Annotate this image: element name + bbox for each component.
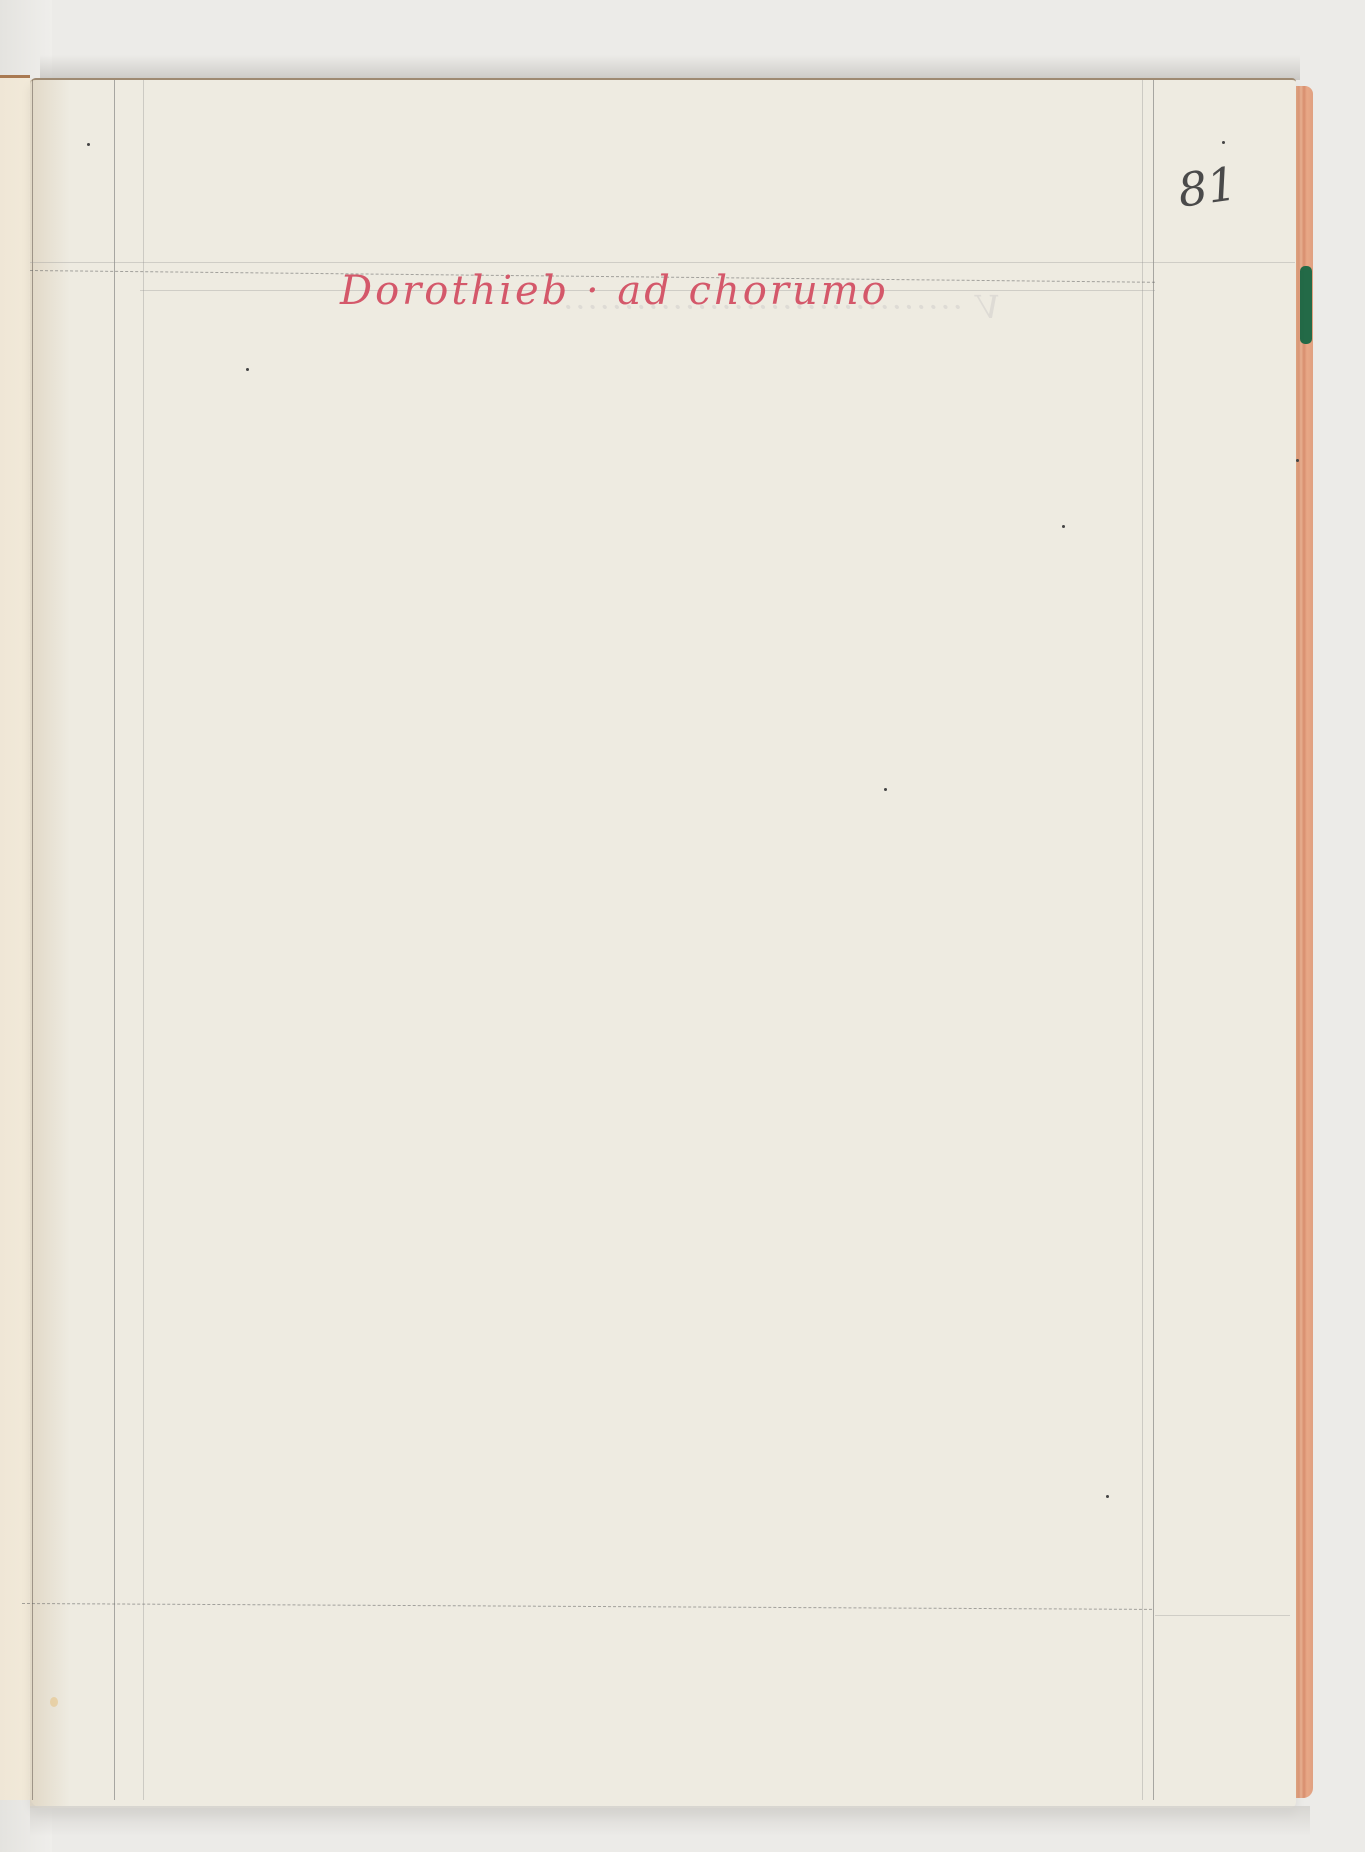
ink-speck xyxy=(1062,525,1065,528)
ink-speck xyxy=(1106,1495,1109,1498)
binding-fold xyxy=(32,80,33,1800)
bottom-right-rule xyxy=(1155,1615,1290,1616)
ink-speck xyxy=(884,788,887,791)
page-top-shadow xyxy=(40,55,1300,80)
paper-stain xyxy=(50,1697,58,1707)
ink-speck xyxy=(87,143,90,146)
left-margin-rule xyxy=(114,80,115,1800)
ink-speck xyxy=(1222,141,1225,144)
manuscript-page xyxy=(30,78,1296,1808)
page-number: 81 xyxy=(1175,156,1240,218)
page-bottom-shadow xyxy=(30,1806,1310,1836)
facing-page xyxy=(0,75,30,1800)
ink-speck xyxy=(1296,459,1299,462)
top-faint-rule xyxy=(30,262,1295,263)
right-margin-rule xyxy=(1153,80,1154,1800)
green-tab-marker xyxy=(1300,266,1312,344)
ink-speck xyxy=(246,368,249,371)
page-heading: Dorothieb · ad chorumo xyxy=(340,268,940,328)
left-inner-rule xyxy=(143,80,144,1800)
page-gutter xyxy=(30,80,70,1808)
right-inner-rule xyxy=(1142,80,1143,1800)
